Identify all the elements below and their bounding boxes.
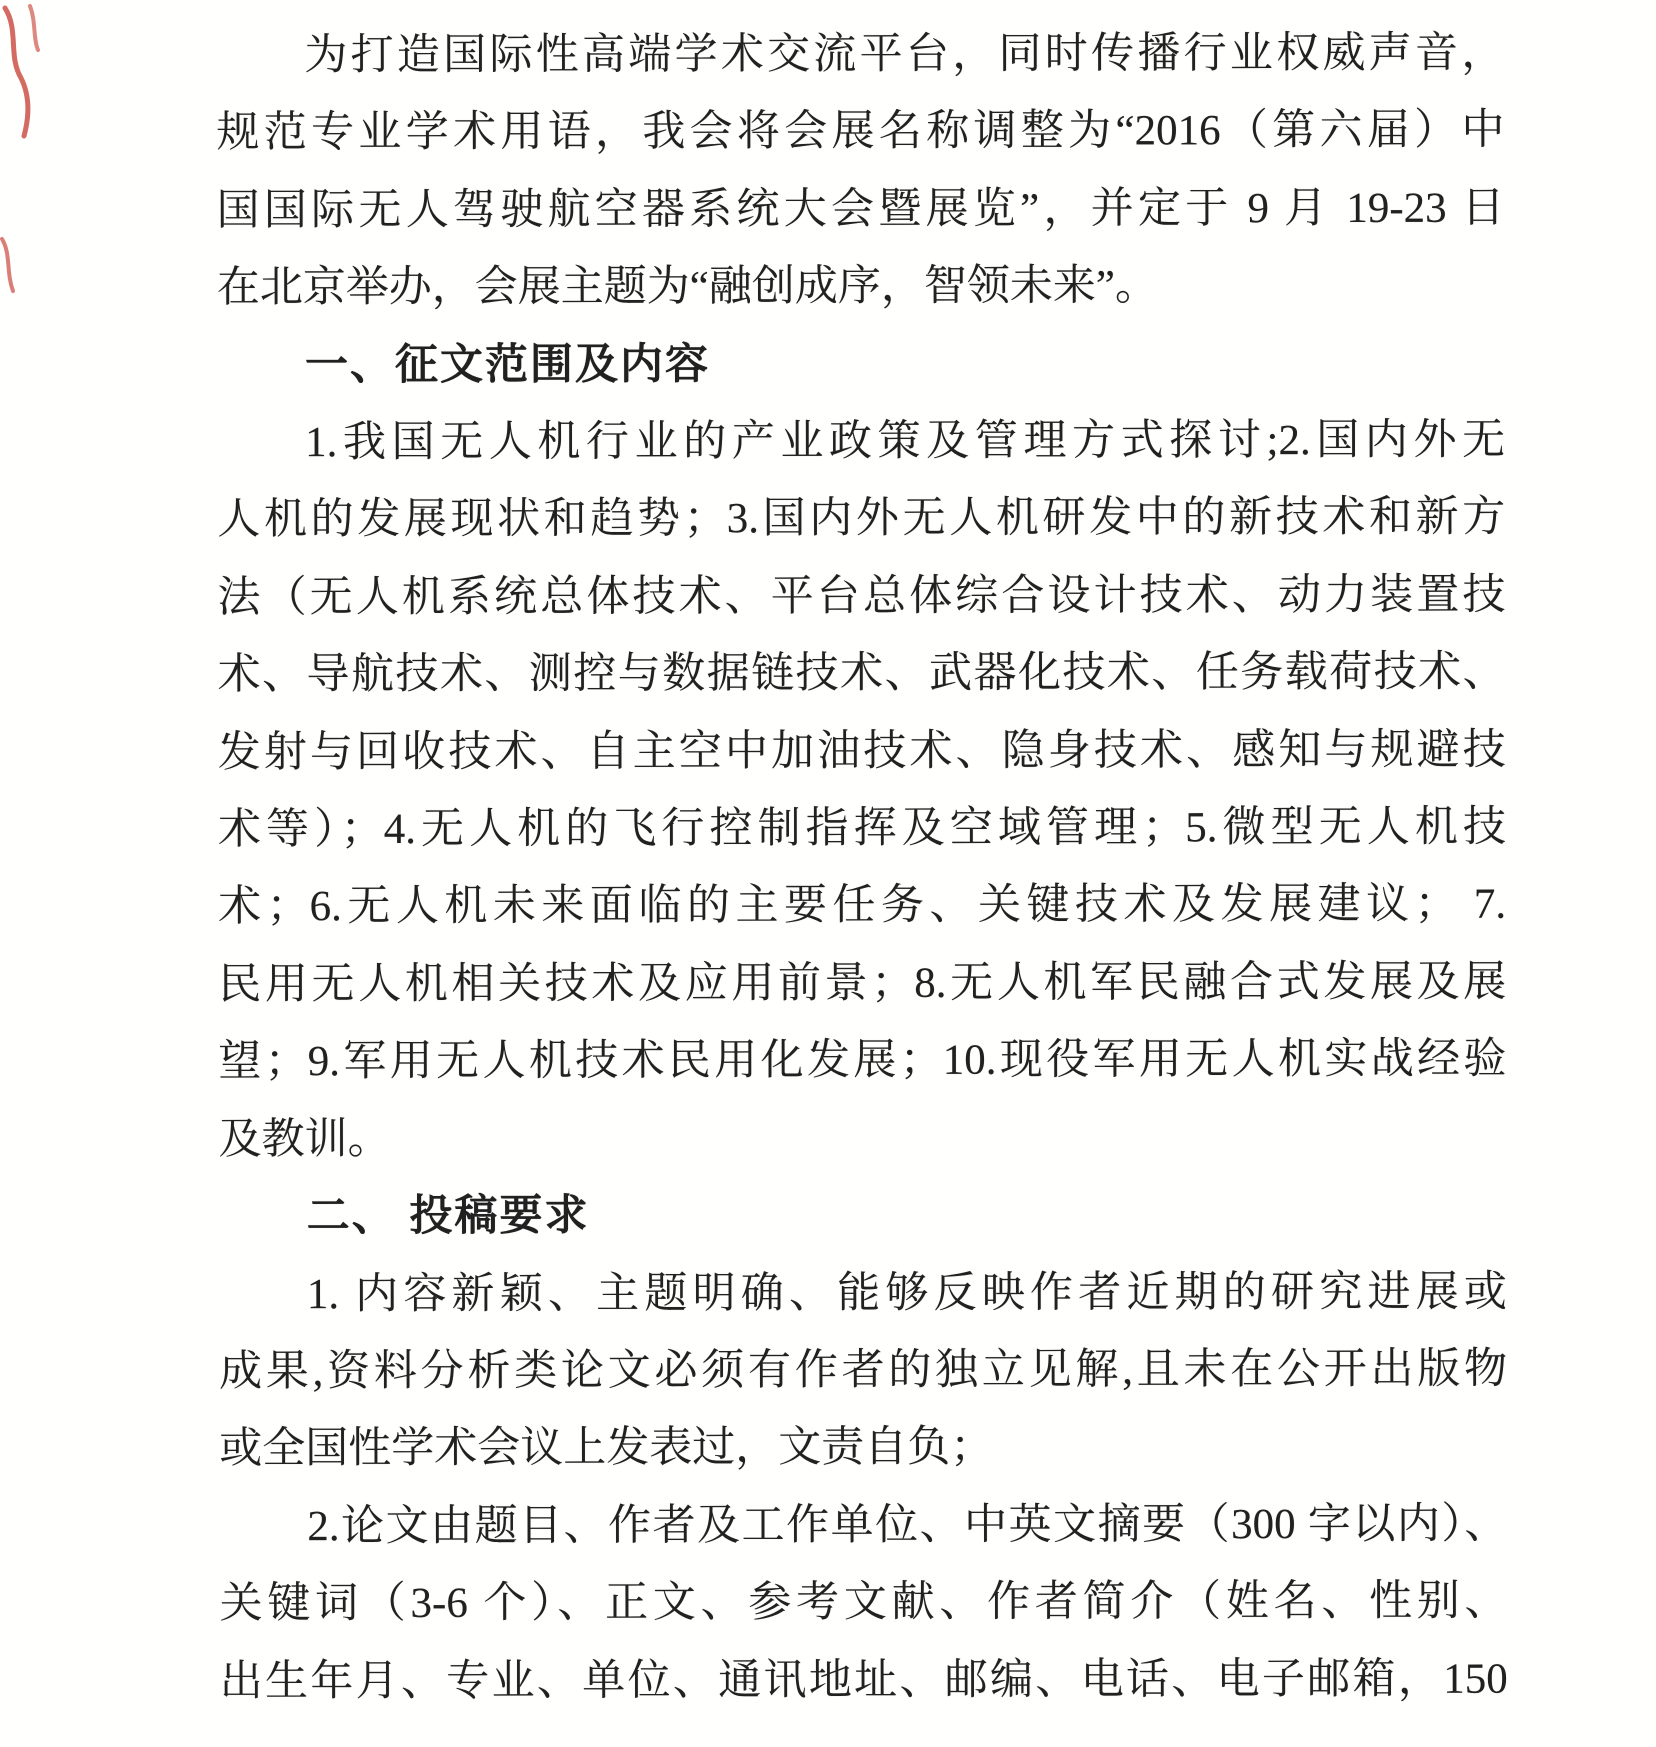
text-line-8: 法（无人机系统总体技术、平台总体综合设计技术、动力装置技 [217,556,1505,636]
text-line-21: 关键词（3-6 个）、正文、参考文献、作者简介（姓名、性别、 [219,1563,1507,1643]
text-line-9: 术、导航技术、测控与数据链技术、武器化技术、任务载荷技术、 [218,634,1506,714]
text-line-18: 成果,资料分析类论文必须有作者的独立见解,且未在公开出版物 [219,1331,1507,1411]
text-line-10: 发射与回收技术、自主空中加油技术、隐身技术、感知与规避技 [218,711,1506,791]
red-pen-mark-top-left [0,4,42,144]
text-line-14: 望；9.军用无人机技术民用化发展；10.现役军用无人机实战经验 [218,1021,1506,1101]
text-line-6: 1.我国无人机行业的产业政策及管理方式探讨;2.国内外无 [217,402,1505,482]
text-line-11: 术等）；4.无人机的飞行控制指挥及空域管理；5.微型无人机技 [218,789,1506,869]
text-line-3: 国国际无人驾驶航空器系统大会暨展览”，并定于 9 月 19-23 日 [217,169,1505,249]
text-line-19: 或全国性学术会议上发表过，文责自负； [219,1408,1507,1488]
text-line-12: 术；6.无人机未来面临的主要任务、关键技术及发展建议； 7. [218,866,1506,946]
text-line-22: 出生年月、专业、单位、通讯地址、邮编、电话、电子邮箱，150 [220,1640,1508,1720]
text-line-2: 规范专业学术用语，我会将会展名称调整为“2016（第六届）中 [216,92,1504,172]
text-line-4: 在北京举办，会展主题为“融创成序，智领未来”。 [217,247,1505,327]
text-line-5: 一、征文范围及内容 [217,324,1505,404]
text-line-13: 民用无人机相关技术及应用前景；8.无人机军民融合式发展及展 [218,944,1506,1024]
red-pen-mark-left-edge [0,234,18,296]
text-line-7: 人机的发展现状和趋势；3.国内外无人机研发中的新技术和新方 [217,479,1505,559]
text-line-1: 为打造国际性高端学术交流平台，同时传播行业权威声音， [216,15,1504,95]
text-line-16: 二、 投稿要求 [219,1176,1507,1256]
text-line-17: 1. 内容新颖、主题明确、能够反映作者近期的研究进展或 [219,1253,1507,1333]
text-line-20: 2.论文由题目、作者及工作单位、中英文摘要（300 字以内）、 [219,1485,1507,1565]
document-text: 为打造国际性高端学术交流平台，同时传播行业权威声音，规范专业学术用语，我会将会展… [216,15,1508,1721]
text-line-15: 及教训。 [218,1098,1506,1178]
scanned-document-page: 为打造国际性高端学术交流平台，同时传播行业权威声音，规范专业学术用语，我会将会展… [0,0,1656,1747]
